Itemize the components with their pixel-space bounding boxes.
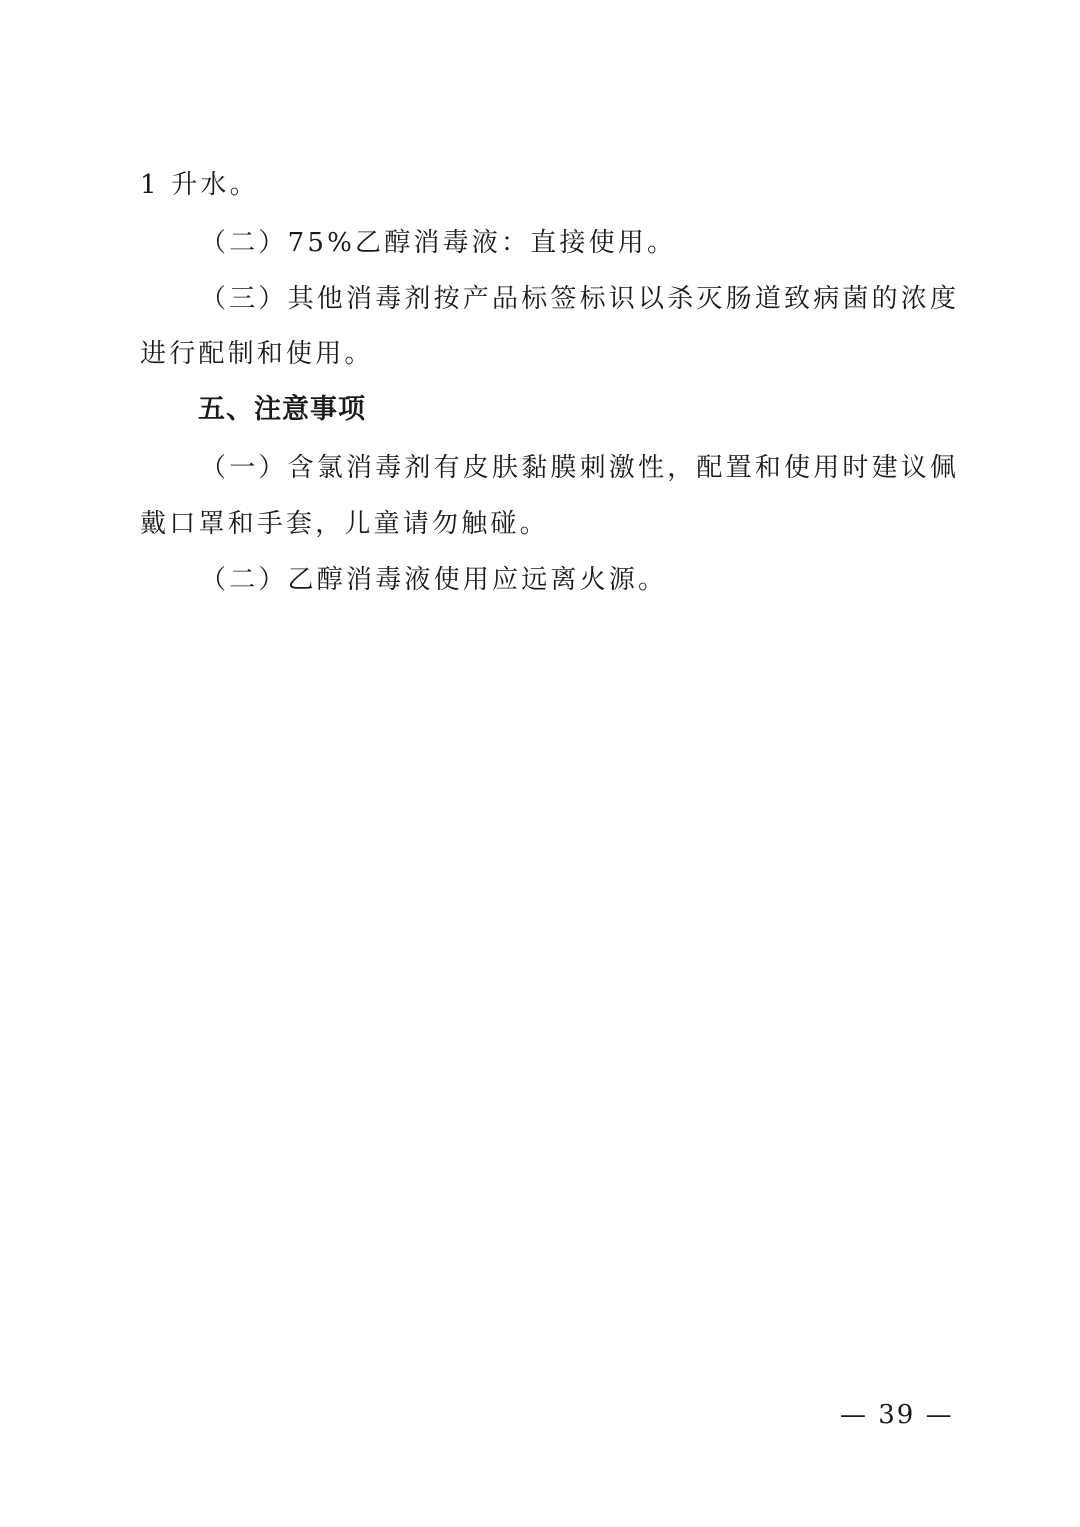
- paragraph-other-disinfectants-cont: 进行配制和使用。: [140, 337, 374, 371]
- document-page: 1 升水。 （二）75%乙醇消毒液：直接使用。 （三）其他消毒剂按产品标签标识以…: [0, 0, 1080, 1527]
- paragraph-other-disinfectants: （三）其他消毒剂按产品标签标识以杀灭肠道致病菌的浓度: [200, 282, 959, 316]
- paragraph-ethanol: （二）75%乙醇消毒液：直接使用。: [200, 226, 676, 260]
- note-item-1-cont: 戴口罩和手套，儿童请勿触碰。: [140, 507, 549, 541]
- paragraph-continuation: 1 升水。: [140, 168, 259, 202]
- page-number: — 39 —: [840, 1398, 954, 1432]
- note-item-2: （二）乙醇消毒液使用应远离火源。: [200, 563, 667, 597]
- section-heading: 五、注意事项: [198, 393, 366, 427]
- note-item-1: （一）含氯消毒剂有皮肤黏膜刺激性，配置和使用时建议佩: [200, 451, 959, 485]
